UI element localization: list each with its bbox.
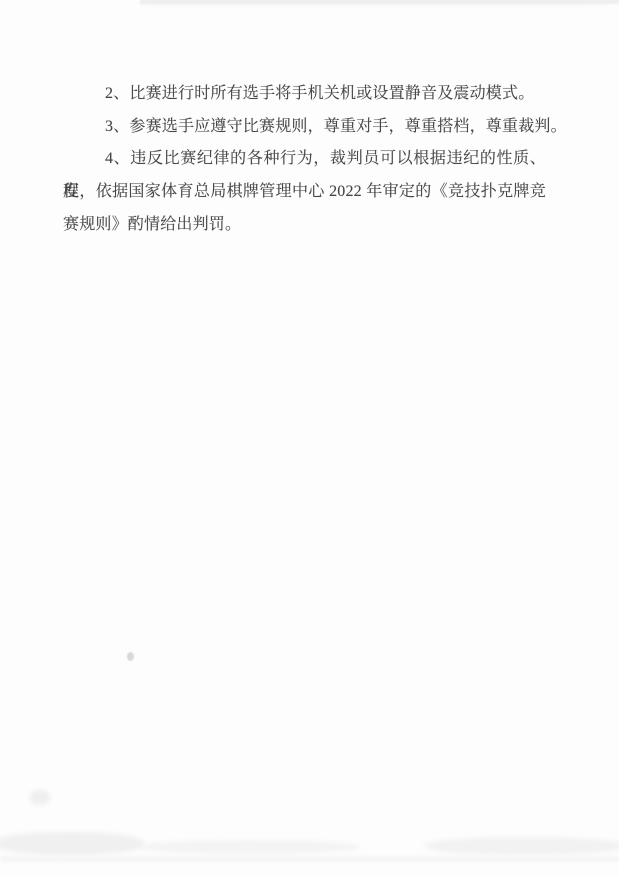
scan-artifact-bottom-left [0,832,144,855]
scan-artifact-left-mark [30,790,50,805]
scan-artifact-speck [127,652,134,661]
scan-artifact-bottom-mid [140,840,360,854]
paragraph-4-line-2: 度，依据国家体育总局棋牌管理中心 2022 年审定的《竞技扑克牌竞 [63,176,546,209]
scan-artifact-bottom-band [0,856,619,862]
scan-artifact-top-edge [140,0,619,8]
paragraph-4-line-3: 赛规则》酌情给出判罚。 [63,209,546,242]
paragraph-2-line-1: 2、比赛进行时所有选手将手机关机或设置静音及震动模式。 [63,78,546,111]
scan-artifact-bottom-right [425,837,619,855]
document-text-block: 2、比赛进行时所有选手将手机关机或设置静音及震动模式。 3、参赛选手应遵守比赛规… [63,78,546,241]
paragraph-4-line-1: 4、违反比赛纪律的各种行为，裁判员可以根据违纪的性质、程 [63,143,546,176]
paragraph-3-line-1: 3、参赛选手应遵守比赛规则，尊重对手，尊重搭档，尊重裁判。 [63,111,546,144]
document-page: 2、比赛进行时所有选手将手机关机或设置静音及震动模式。 3、参赛选手应遵守比赛规… [0,0,619,876]
